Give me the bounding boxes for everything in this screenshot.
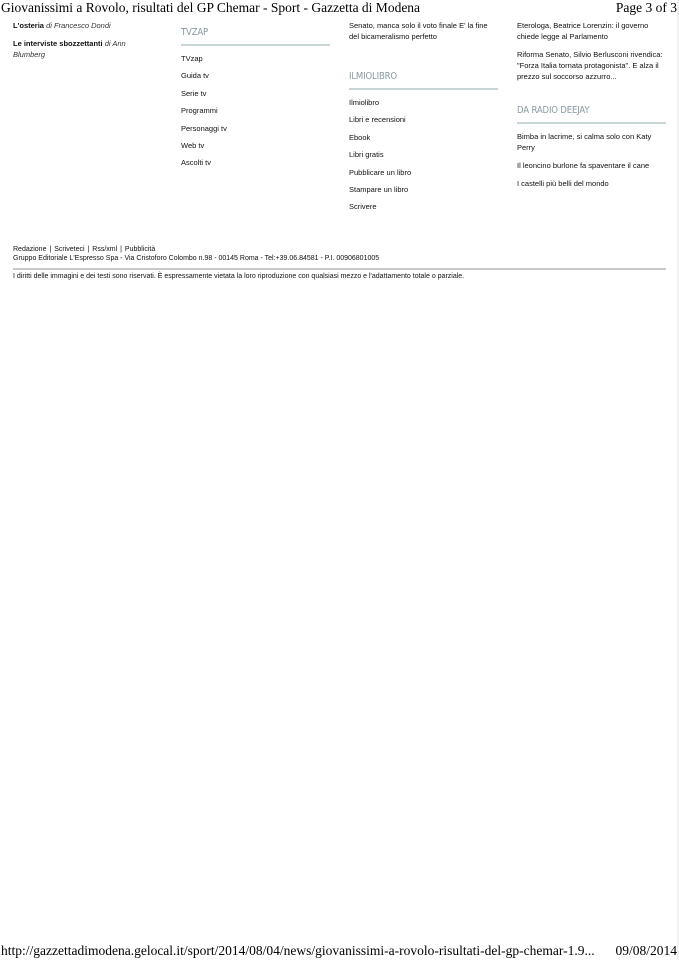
byline-title[interactable]: L'osteria (13, 21, 44, 30)
link-web-tv[interactable]: Web tv (181, 140, 331, 157)
byline-title[interactable]: Le interviste sbozzettanti (13, 39, 103, 48)
column-tvzap: TVZAP TVzap Guida tv Serie tv Programmi … (181, 20, 331, 175)
link-libri-recensioni[interactable]: Libri e recensioni (349, 114, 499, 131)
link-pubblicare-libro[interactable]: Pubblicare un libro (349, 167, 499, 184)
document-title: Giovanissimi a Rovolo, risultati del GP … (1, 0, 420, 16)
footer-link-pubblicita[interactable]: Pubblicità (125, 246, 155, 253)
radio-news-link[interactable]: Bimba in lacrime, si calma solo con Katy… (517, 131, 667, 153)
section-title-deejay[interactable]: DA RADIO DEEJAY (517, 105, 652, 122)
page-number: Page 3 of 3 (616, 0, 677, 16)
footer-link-scriveteci[interactable]: Scriveteci (54, 246, 84, 253)
section-title-tvzap[interactable]: TVZAP (181, 27, 316, 44)
column-deejay: Eterologa, Beatrice Lorenzin: il governo… (517, 20, 667, 196)
news-link[interactable]: Senato, manca solo il voto finale E' la … (349, 20, 499, 42)
radio-news-link[interactable]: Il leoncino burlone fa spaventare il can… (517, 160, 667, 171)
radio-news-link[interactable]: I castelli più belli del mondo (517, 178, 667, 189)
news-link[interactable]: Riforma Senato, Silvio Berlusconi rivend… (517, 49, 667, 82)
link-guida-tv[interactable]: Guida tv (181, 70, 331, 87)
print-date: 09/08/2014 (615, 943, 677, 959)
section-divider (517, 122, 666, 124)
separator: | (49, 246, 51, 253)
link-ilmiolibro[interactable]: Ilmiolibro (349, 97, 499, 114)
link-personaggi-tv[interactable]: Personaggi tv (181, 123, 331, 140)
link-stampare-libro[interactable]: Stampare un libro (349, 184, 499, 201)
byline-osteria[interactable]: L'osteria di Francesco Dondi (13, 20, 153, 31)
link-libri-gratis[interactable]: Libri gratis (349, 149, 499, 166)
link-ascolti-tv[interactable]: Ascolti tv (181, 157, 331, 174)
link-serie-tv[interactable]: Serie tv (181, 88, 331, 105)
section-title-ilmiolibro[interactable]: ILMIOLIBRO (349, 71, 484, 88)
news-link[interactable]: Eterologa, Beatrice Lorenzin: il governo… (517, 20, 667, 42)
ilmiolibro-links: Ilmiolibro Libri e recensioni Ebook Libr… (349, 97, 499, 219)
section-divider (181, 44, 330, 46)
separator: | (120, 246, 122, 253)
section-divider (349, 88, 498, 90)
footer-company-info: Gruppo Editoriale L'Espresso Spa - Via C… (13, 254, 379, 263)
byline-author: di Francesco Dondi (46, 21, 111, 30)
footer-links: Redazione | Scriveteci | Rss/xml | Pubbl… (13, 245, 155, 254)
print-footer: http://gazzettadimodena.gelocal.it/sport… (0, 942, 679, 960)
print-header: Giovanissimi a Rovolo, risultati del GP … (0, 0, 679, 18)
column-blogs: L'osteria di Francesco Dondi Le intervis… (13, 20, 153, 67)
separator: | (88, 246, 90, 253)
column-ilmiolibro: Senato, manca solo il voto finale E' la … (349, 20, 499, 219)
footer-link-redazione[interactable]: Redazione (13, 246, 46, 253)
footer-link-rss[interactable]: Rss/xml (92, 246, 117, 253)
tvzap-links: TVzap Guida tv Serie tv Programmi Person… (181, 53, 331, 175)
link-ebook[interactable]: Ebook (349, 132, 499, 149)
footer-divider (13, 268, 666, 270)
link-programmi[interactable]: Programmi (181, 105, 331, 122)
footer-rights: I diritti delle immagini e dei testi son… (13, 272, 464, 281)
link-tvzap[interactable]: TVzap (181, 53, 331, 70)
link-scrivere[interactable]: Scrivere (349, 201, 499, 218)
byline-interviste[interactable]: Le interviste sbozzettanti di Ann Blumbe… (13, 38, 153, 60)
page-url: http://gazzettadimodena.gelocal.it/sport… (1, 943, 595, 959)
